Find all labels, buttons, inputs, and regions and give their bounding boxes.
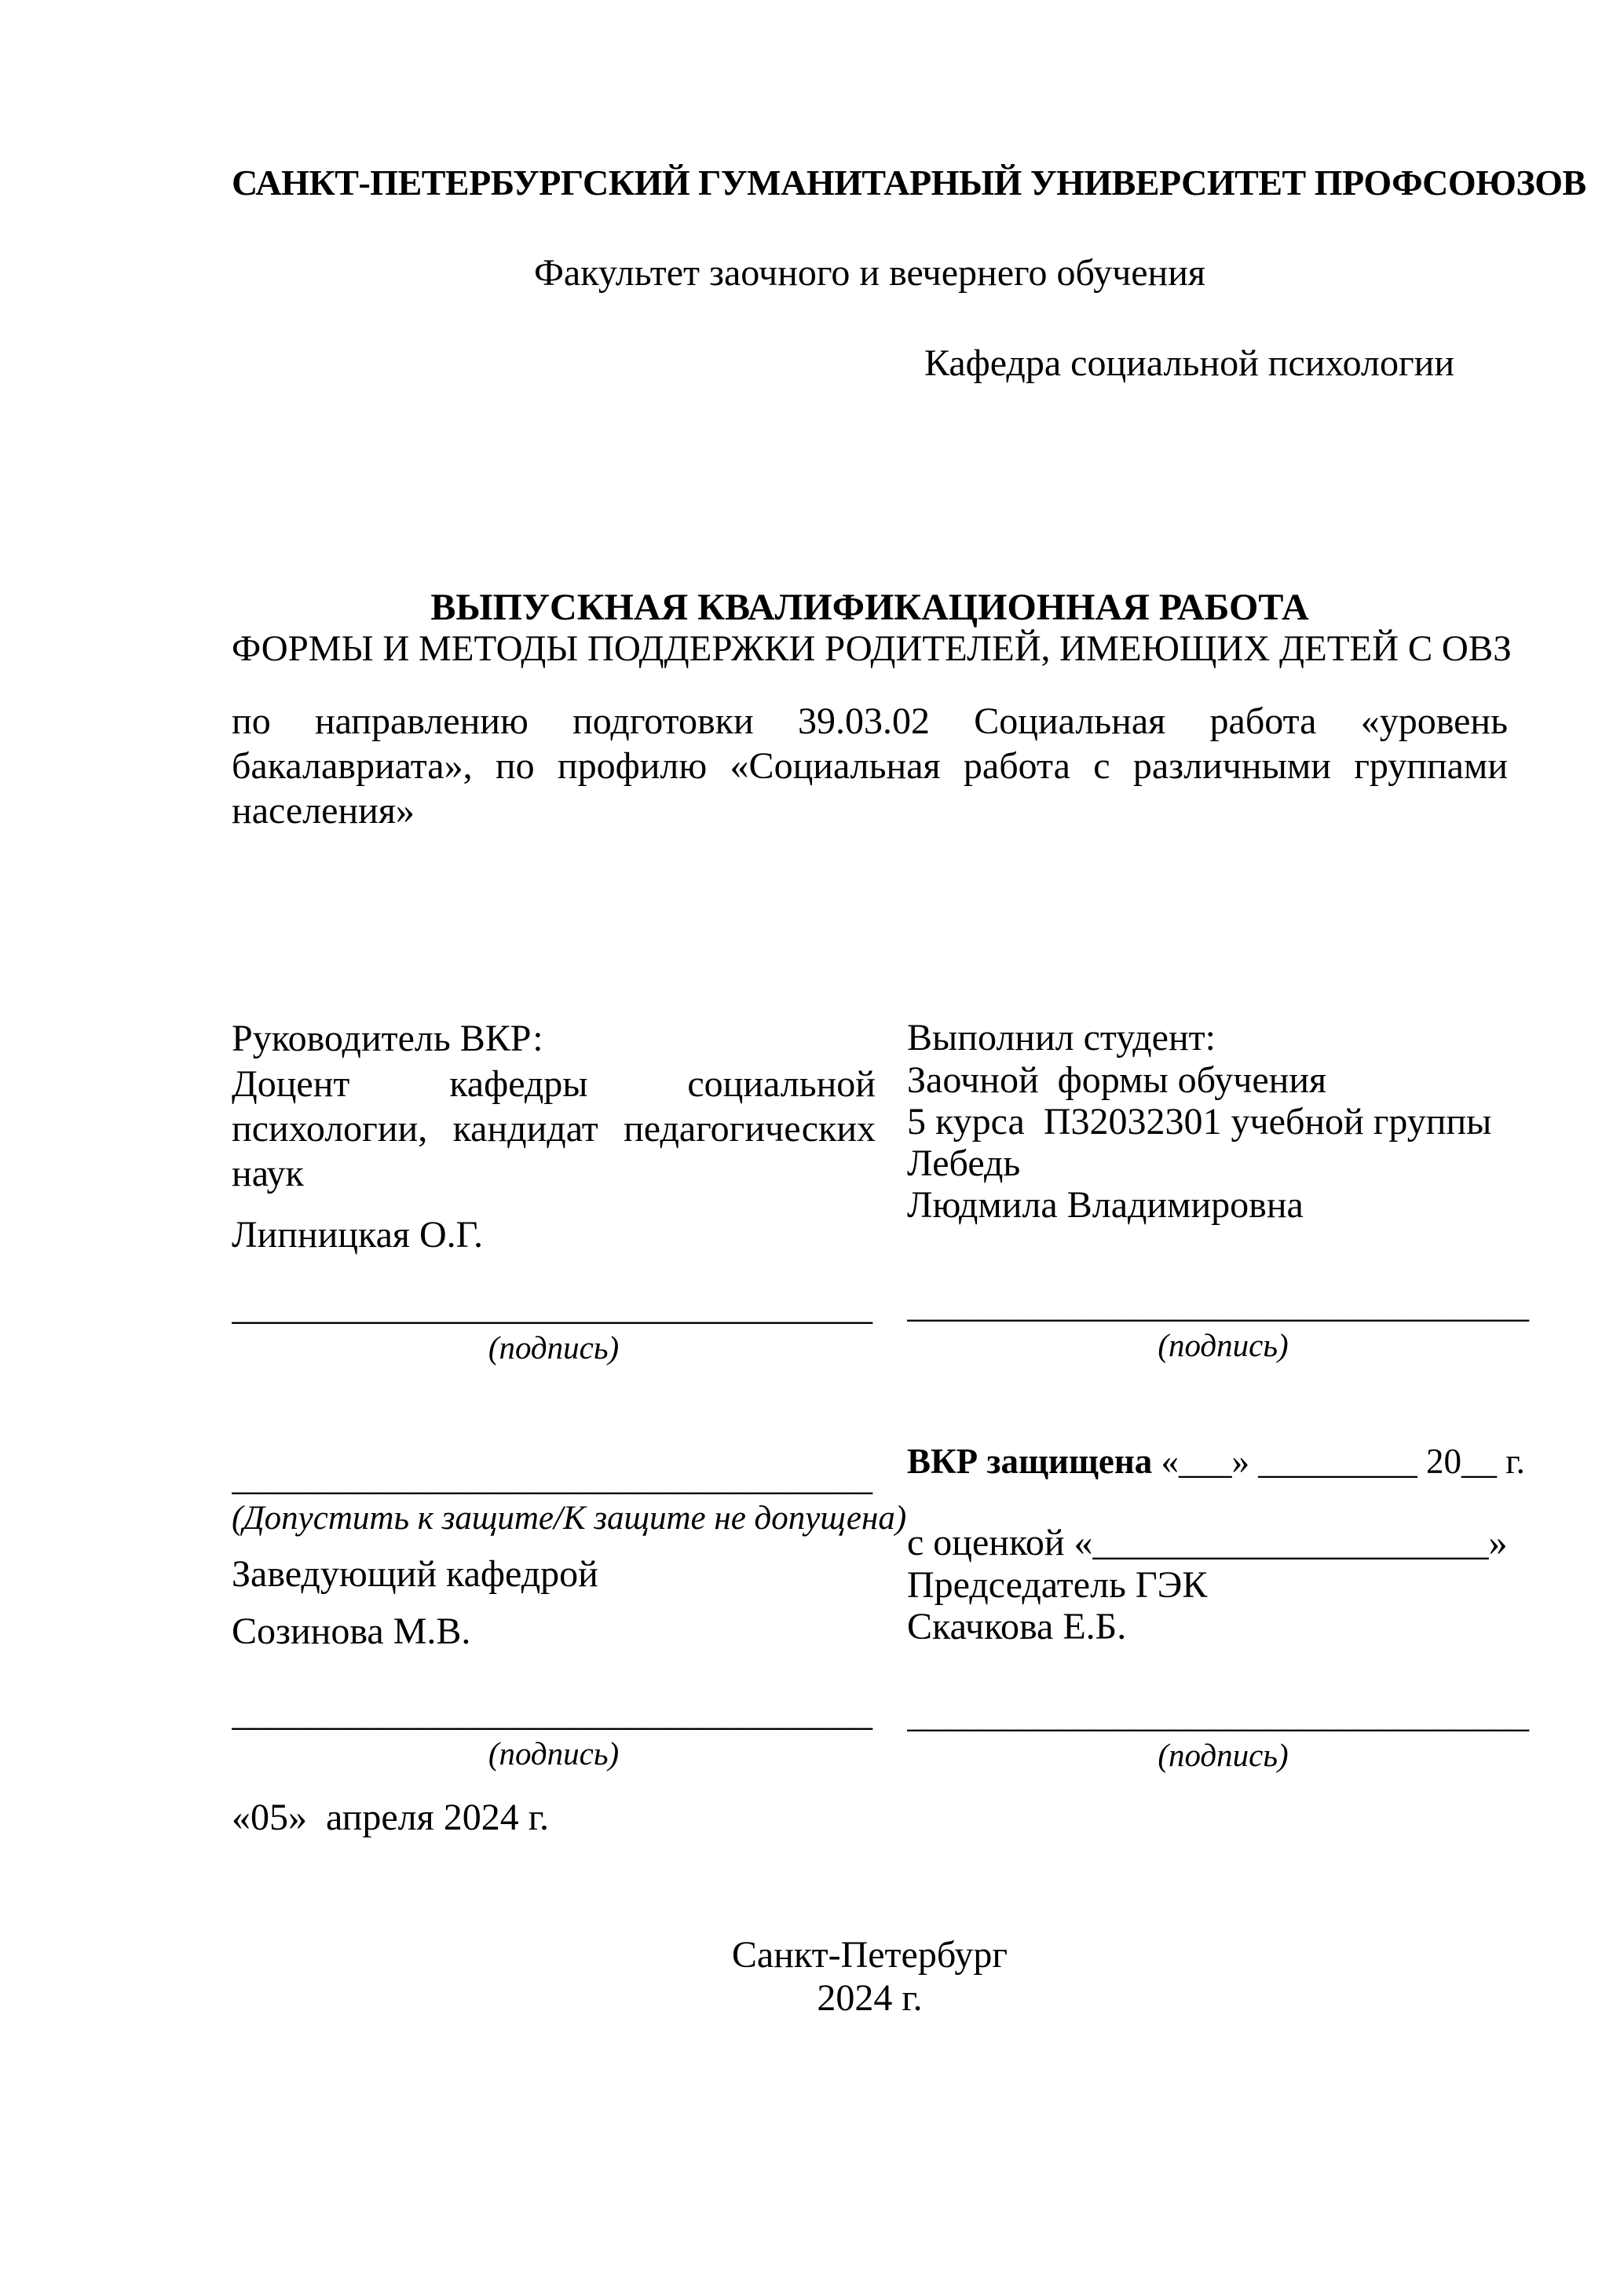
chairman-signature-line: _________________________________ xyxy=(907,1693,1539,1736)
study-form: Заочной формы обучения xyxy=(907,1059,1539,1101)
university-name: САНКТ-ПЕТЕРБУРГСКИЙ ГУМАНИТАРНЫЙ УНИВЕРС… xyxy=(232,161,1508,204)
supervisor-name: Липницкая О.Г. xyxy=(232,1213,876,1256)
head-of-department-name: Созинова М.В. xyxy=(232,1610,876,1653)
chairman-label: Председатель ГЭК xyxy=(907,1564,1539,1606)
supervisor-label: Руководитель ВКР: xyxy=(232,1016,876,1062)
defended-label: ВКР защищена xyxy=(907,1442,1152,1481)
course-group: 5 курса П32032301 учебной группы xyxy=(907,1101,1539,1143)
thesis-title: ФОРМЫ И МЕТОДЫ ПОДДЕРЖКИ РОДИТЕЛЕЙ, ИМЕЮ… xyxy=(232,628,1508,669)
year: 2024 г. xyxy=(232,1976,1508,2020)
defense-date-line: ВКР защищена «___» _________ 20__ г. xyxy=(907,1440,1539,1483)
chairman-name: Скачкова Е.Б. xyxy=(907,1606,1539,1647)
supervisor-signature-line: __________________________________ xyxy=(232,1285,876,1329)
supervisor-column: Руководитель ВКР: Доцент кафедры социаль… xyxy=(232,1016,876,1839)
grade-blank-line: с оценкой «_____________________» xyxy=(907,1521,1539,1564)
supervisor-position: Доцент кафедры социальной психологии, ка… xyxy=(232,1062,876,1196)
department-name: Кафедра социальной психологии xyxy=(232,342,1508,385)
defended-blanks: «___» _________ 20__ г. xyxy=(1161,1442,1525,1481)
faculty-name: Факультет заочного и вечернего обучения xyxy=(232,251,1508,294)
admission-caption: (Допустить к защите/К защите не допущена… xyxy=(232,1499,876,1538)
document-page: САНКТ-ПЕТЕРБУРГСКИЙ ГУМАНИТАРНЫЙ УНИВЕРС… xyxy=(0,0,1624,2296)
student-label: Выполнил студент: xyxy=(907,1016,1539,1059)
chairman-signature-caption: (подпись) xyxy=(907,1736,1539,1774)
student-signature-caption: (подпись) xyxy=(907,1326,1539,1364)
student-name: Людмила Владимировна xyxy=(907,1184,1539,1226)
student-surname: Лебедь xyxy=(907,1143,1539,1184)
signature-columns: Руководитель ВКР: Доцент кафедры социаль… xyxy=(232,1016,1539,1839)
head-of-department-label: Заведующий кафедрой xyxy=(232,1552,876,1596)
supervisor-signature-caption: (подпись) xyxy=(232,1329,876,1366)
admission-blank-line: __________________________________ xyxy=(232,1456,876,1499)
head-signature-caption: (подпись) xyxy=(232,1735,876,1772)
student-signature-line: _________________________________ xyxy=(907,1283,1539,1326)
head-signature-line: __________________________________ xyxy=(232,1691,876,1735)
student-column: Выполнил студент: Заочной формы обучения… xyxy=(907,1016,1539,1839)
admission-date: «05» апреля 2024 г. xyxy=(232,1796,876,1839)
city: Санкт-Петербург xyxy=(232,1933,1508,1976)
program-paragraph: по направлению подготовки 39.03.02 Социа… xyxy=(232,699,1508,833)
work-type-heading: ВЫПУСКНАЯ КВАЛИФИКАЦИОННАЯ РАБОТА xyxy=(232,587,1508,628)
page-footer: Санкт-Петербург 2024 г. xyxy=(232,1933,1508,2020)
page-header: САНКТ-ПЕТЕРБУРГСКИЙ ГУМАНИТАРНЫЙ УНИВЕРС… xyxy=(232,161,1508,833)
